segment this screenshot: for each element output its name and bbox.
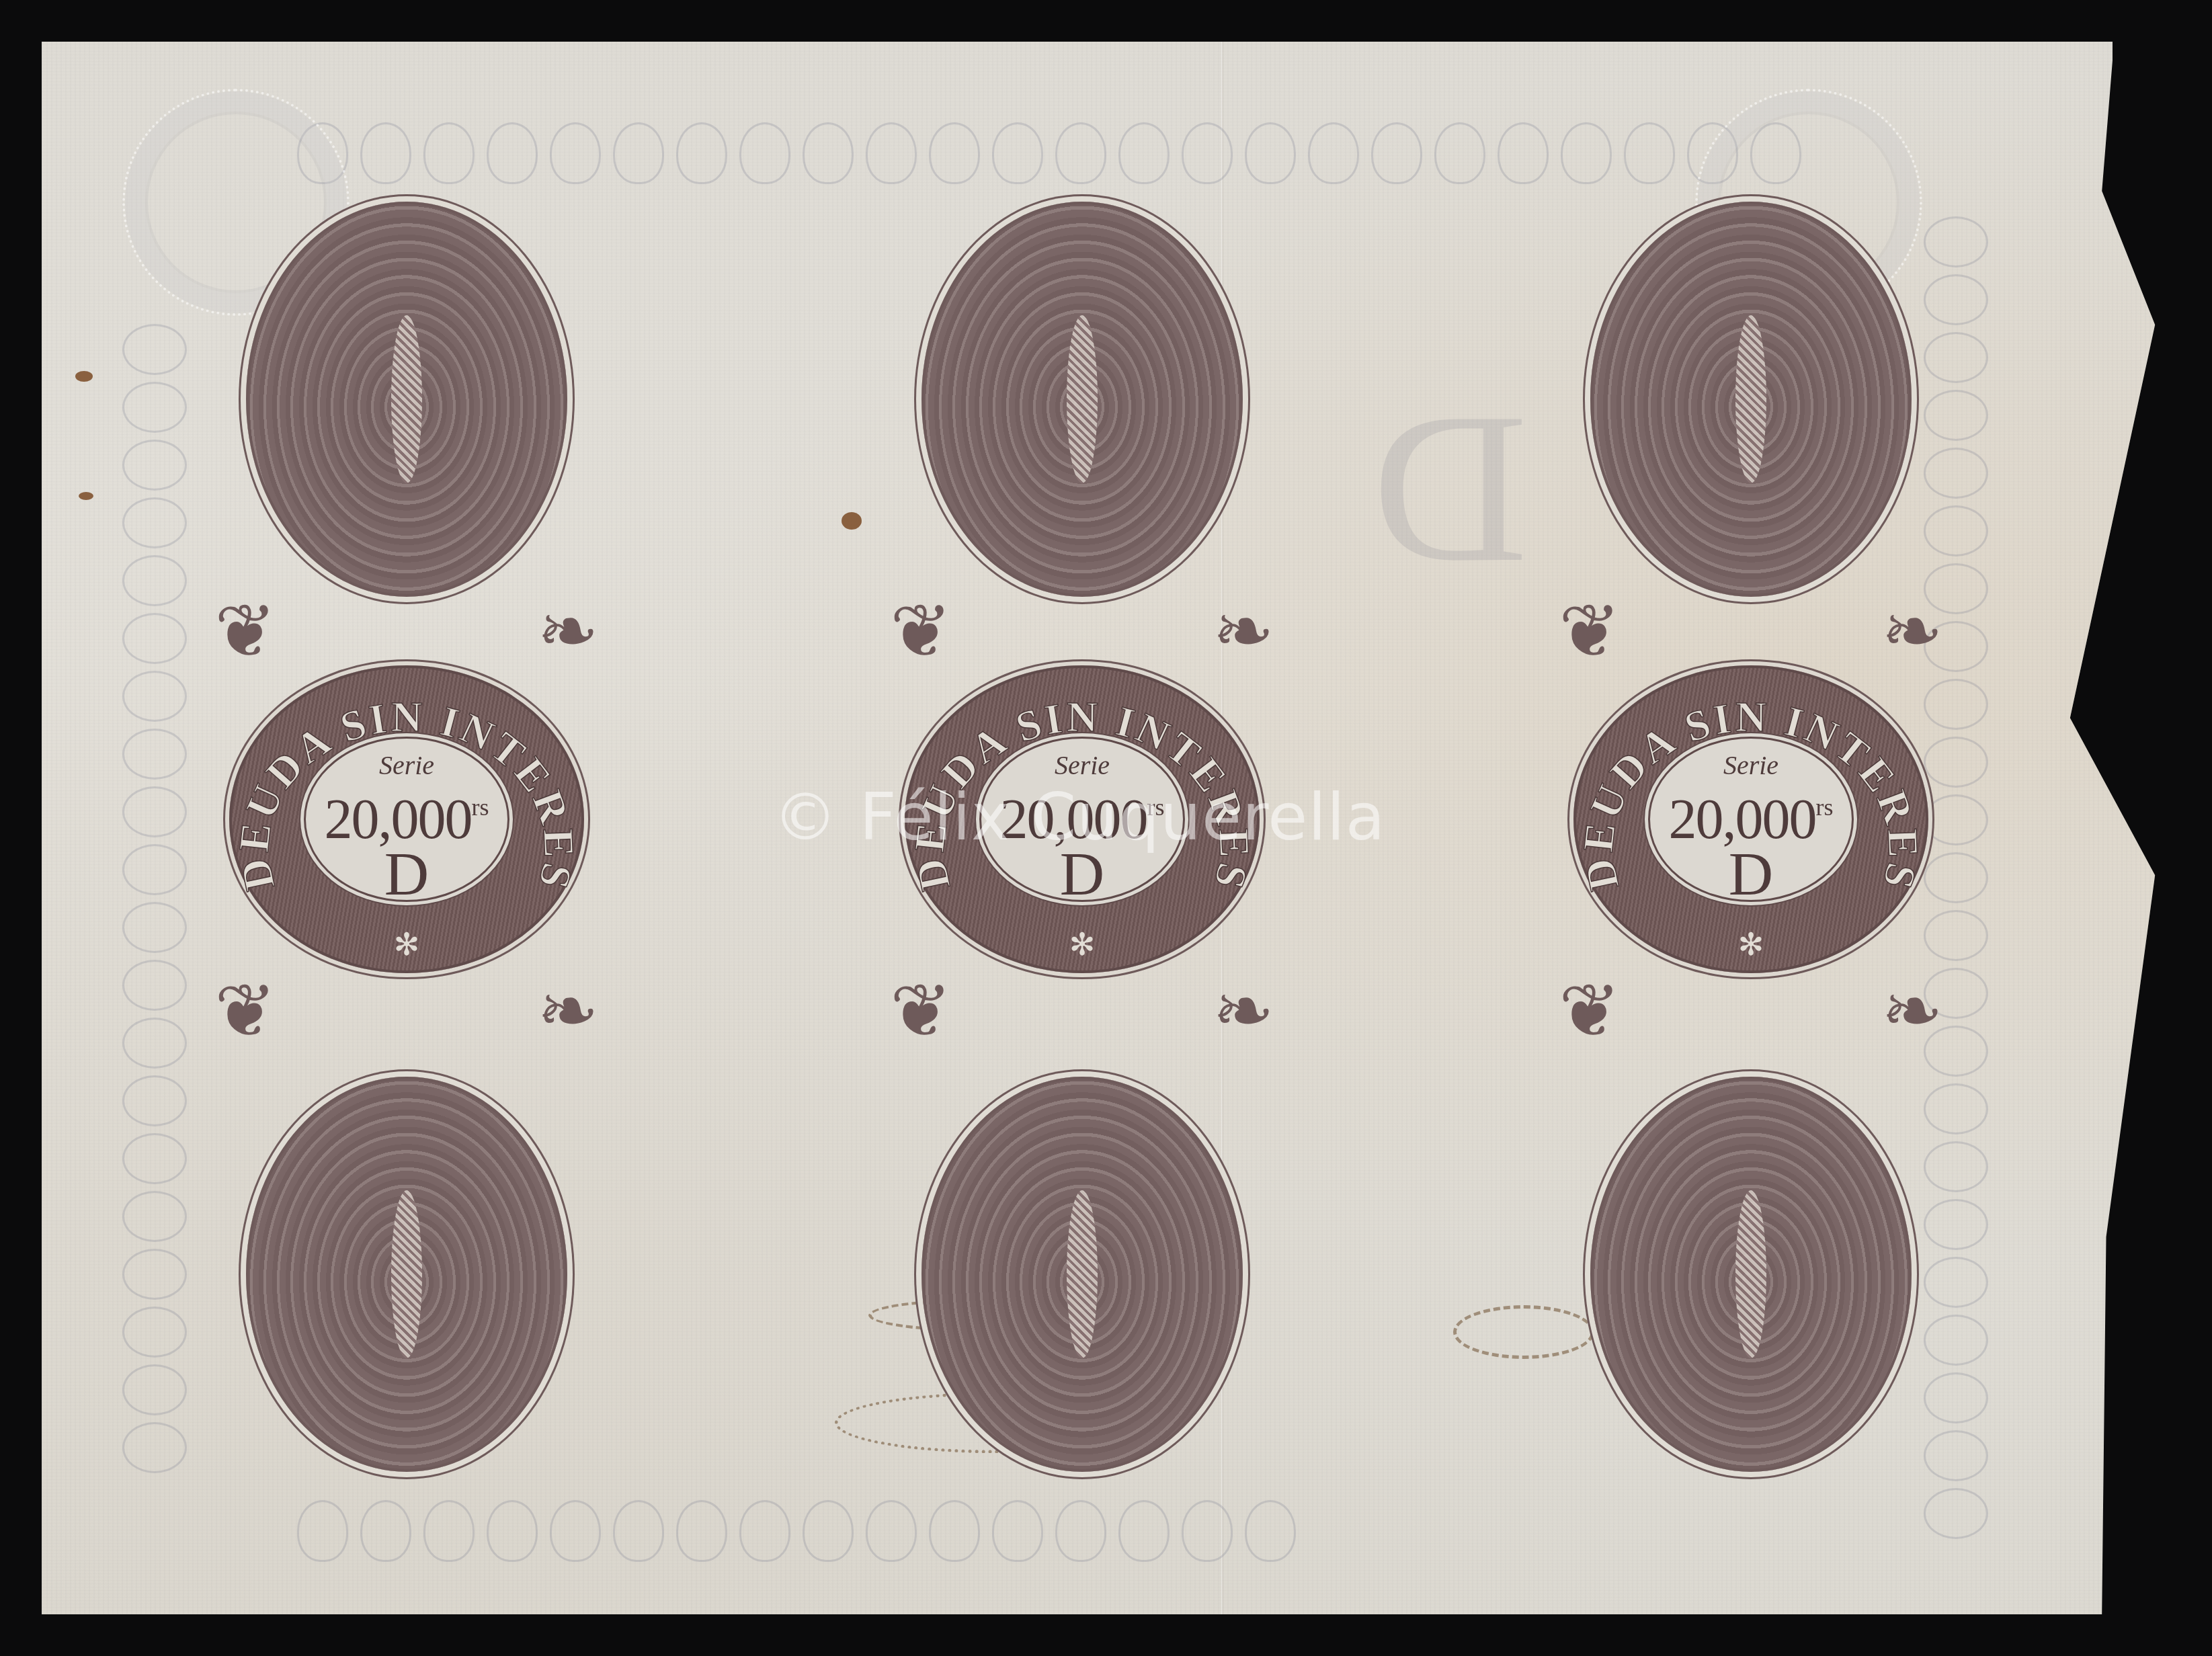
- serie-label: Serie: [306, 751, 507, 780]
- show-through-left-border: [122, 324, 187, 1473]
- show-through-letter: D: [1373, 364, 1528, 612]
- ornament-flourish-icon: ❦: [1549, 588, 1630, 675]
- guilloche-oval-bottom: [246, 1077, 567, 1472]
- copyright-watermark: © Félix Cuquerella: [773, 780, 1386, 855]
- ornament-flourish-icon: ❧: [1203, 588, 1284, 675]
- ornament-flourish-icon: ❧: [1872, 588, 1953, 675]
- amount-value: 20,000rs: [1650, 780, 1852, 847]
- ornament-flourish-icon: ❦: [880, 968, 961, 1055]
- badge-center: Serie 20,000rs D: [1648, 737, 1854, 902]
- guilloche-oval-top: [246, 202, 567, 597]
- denomination-badge: DEUDA SIN INTERES Serie 20,000rs D ✻: [229, 665, 584, 973]
- show-through-top-border: [297, 122, 1801, 184]
- rust-stain: [79, 492, 93, 500]
- series-letter: D: [1650, 847, 1852, 901]
- rosette-icon: ✻: [1069, 926, 1096, 962]
- ornament-flourish-icon: ❧: [528, 968, 608, 1055]
- rust-stain: [75, 371, 93, 382]
- badge-center: Serie 20,000rs D: [304, 737, 509, 902]
- guilloche-oval-bottom: [921, 1077, 1243, 1472]
- ornament-flourish-icon: ❧: [528, 588, 608, 675]
- ornament-flourish-icon: ❦: [205, 588, 286, 675]
- show-through-bottom-border: [297, 1500, 1296, 1562]
- amount-value: 20,000rs: [306, 780, 507, 847]
- rust-stain: [842, 512, 862, 530]
- rosette-icon: ✻: [394, 926, 420, 962]
- series-letter: D: [306, 847, 507, 901]
- currency-abbrev: rs: [472, 794, 489, 821]
- currency-abbrev: rs: [1816, 794, 1834, 821]
- coupon-3: ❦ ❧ DEUDA SIN INTERES Serie 20,000rs D ✻…: [1563, 202, 1939, 1452]
- ornament-flourish-icon: ❧: [1203, 968, 1284, 1055]
- series-letter: D: [981, 847, 1183, 901]
- guilloche-oval-top: [1590, 202, 1912, 597]
- guilloche-oval-bottom: [1590, 1077, 1912, 1472]
- ornament-flourish-icon: ❦: [1549, 968, 1630, 1055]
- ornament-flourish-icon: ❦: [205, 968, 286, 1055]
- denomination-badge: DEUDA SIN INTERES Serie 20,000rs D ✻: [1573, 665, 1928, 973]
- serie-label: Serie: [981, 751, 1183, 780]
- coupon-1: ❦ ❧ DEUDA SIN INTERES Serie 20,000rs D ✻…: [218, 202, 595, 1452]
- rosette-icon: ✻: [1738, 926, 1764, 962]
- guilloche-oval-top: [921, 202, 1243, 597]
- ornament-flourish-icon: ❧: [1872, 968, 1953, 1055]
- serie-label: Serie: [1650, 751, 1852, 780]
- ornament-flourish-icon: ❦: [880, 588, 961, 675]
